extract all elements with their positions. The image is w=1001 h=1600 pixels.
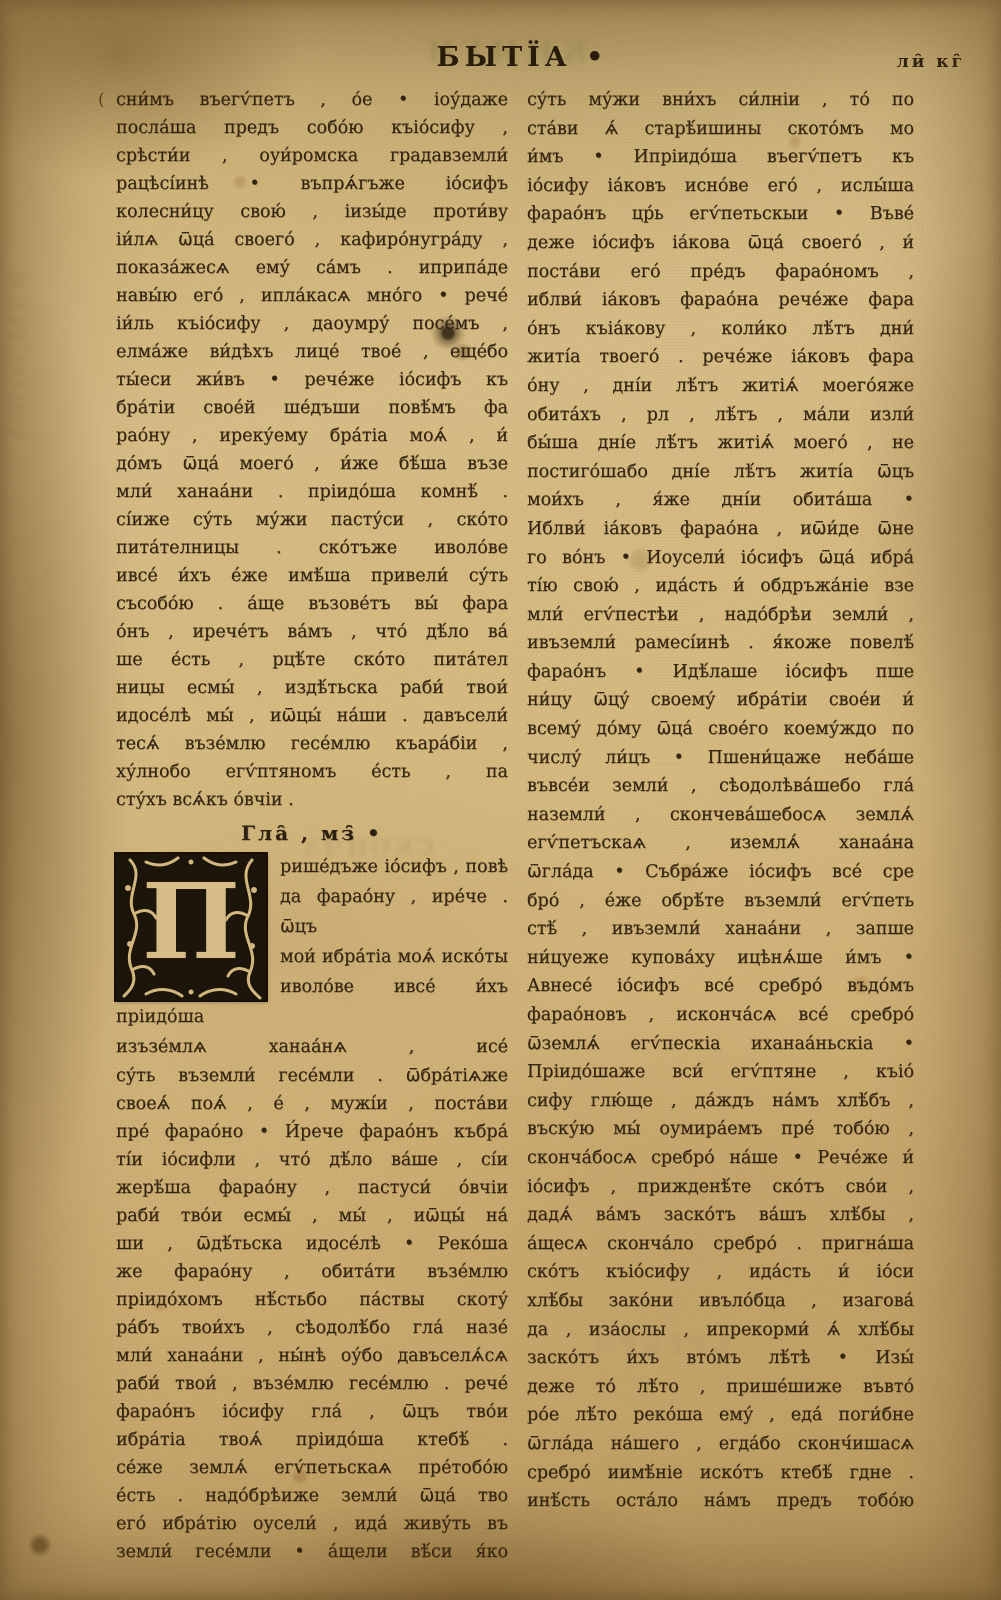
text-line: раби́ тво́и есмы́ , мы́ , иѿцы́ на́ <box>116 1202 508 1230</box>
text-line: всему́ до́му ѿца́ свое́го коему́ждо по <box>527 715 914 744</box>
text-line: фарао́нъ цр́ь егѵ́петьскыи • Въве́ <box>527 200 914 229</box>
text-line: житі́а твоего́ . рече́же іа́ковъ фара <box>527 343 914 372</box>
text-line: су́ть въземли́ гесе́мли . ѿбра́тіѧже <box>116 1062 508 1090</box>
text-line: а́щесѧ сконча́ло сребро́ . пригна́ша <box>527 1230 914 1259</box>
text-line: рао́ну , иреку́ему бра́тіа моѧ́ , и́ <box>116 422 508 450</box>
text-line: іо́сифъ , прижденѣ́те ско́тъ сво́и , <box>527 1173 914 1202</box>
text-line: елма́же ви́дѣхъ лице́ твое́ , еще́бо <box>116 338 508 366</box>
text-line: же фарао́ну , обита́ти възе́млю <box>116 1258 508 1286</box>
text-line: о́ну , дні́и лѣ́тъ житіѧ́ моего́яже <box>527 372 914 401</box>
text-line: стѣ́ , ивъземли́ ханаа́ни , запше <box>527 915 914 944</box>
text-line: поста́ви его́ пре́дъ фарао́номъ , <box>527 258 914 287</box>
column-right-body: су́ть му́жи вни́хъ си́лніи , то́ поста́в… <box>527 86 914 1516</box>
text-line: его́ ибра́тію оусели́ , ида́ живу́ть въ <box>116 1510 508 1538</box>
text-line: колесни́цу свою́ , іизы́де проти́ву <box>116 198 508 226</box>
folio-number: ли̑ кг̑ <box>897 52 965 72</box>
text-line: о́нъ къіа́кову , коли́ко лѣ́тъ дни́ <box>527 315 914 344</box>
text-line: ши , ѿдѣ́тьска идосе́лѣ • Реко́ша <box>116 1230 508 1258</box>
text-line: іи́лѧ ѿца́ своего́ , кафиро́нугра́ду , <box>116 226 508 254</box>
text-line: Авнесе́ іо́сифъ все́ сребро́ въдо́мъ <box>527 972 914 1001</box>
text-line: до́мъ ѿца́ моего́ , и́же бѣ́ша възе <box>116 450 508 478</box>
text-line: мли́ ханаа́ни . пріидо́ша комнѣ́ . <box>116 478 508 506</box>
text-line: постиго́шабо дні́е лѣ́тъ житі́а ѿцъ <box>527 458 914 487</box>
text-line: навы́ю его́ , ипла́касѧ мно́го • рече́ <box>116 282 508 310</box>
text-line: раби́ твои́ , възе́млю гесе́млю . рече́ <box>116 1370 508 1398</box>
text-line: земли́ гесе́мли • а́щели вѣ́си я́ко <box>116 1538 508 1566</box>
text-line: дадѧ́ ва́мъ заско́тъ ва́шъ хлѣ́бы , <box>527 1201 914 1230</box>
text-line: ни́цу ѿцу́ своему́ ибра́тіи свое́и и́ <box>527 686 914 715</box>
text-line: сребро́ иимѣ́ніе иско́тъ ктебѣ́ гдне . <box>527 1459 914 1488</box>
text-line: мои́хъ , я́же дні́и обита́ша • <box>527 486 914 515</box>
text-line: ті́и іо́сифли , что́ дѣ́ло ва́ше , сі́и <box>116 1146 508 1174</box>
text-line: деже то́ лѣ́то , прише́шиже въвто́ <box>527 1373 914 1402</box>
column-left-body: сни́мъ въегѵ́петъ , о́е • іоу́дажепосла́… <box>116 86 508 814</box>
text-line: рацѣсі́инѣ • въпрѧ́гъже іо́сифъ <box>116 170 508 198</box>
text-line: хлѣ́бы зако́ни ивъло́бца , изагова́ <box>527 1287 914 1316</box>
text-line: да , иза́ослы , ипрекорми́ ѧ́ хлѣ́бы <box>527 1316 914 1345</box>
text-line: ты́еси жи́въ • рече́же іо́сифъ къ <box>116 366 508 394</box>
text-line: срѣсти́и , оуи́ромска градавземли́ <box>116 142 508 170</box>
text-line: изъзе́млѧ ханаа́нѧ , исе́ <box>116 1032 508 1062</box>
text-line: пита́телницы . ско́тъже иволо́ве <box>116 534 508 562</box>
text-line: числу́ ли́цъ • Пшени́цаже неба́ше <box>527 744 914 773</box>
text-line: идосе́лѣ мы́ , иѿцы́ на́ши . давъсели́ <box>116 702 508 730</box>
text-line: въвсе́и земли́ , сѣодолѣва́шебо гла́ <box>527 772 914 801</box>
text-line: своеѧ́ поѧ́ , е́ , мужі́и , поста́ви <box>116 1090 508 1118</box>
book-page-scan: КНИГИ ИЗЫДОША СКОНЧА СРЕБРО БЫТЇА • ли̑ … <box>0 0 1001 1600</box>
text-line: сту́хъ всѧ́къ о́вчіи . <box>116 786 508 814</box>
text-line: мли́ егѵ́пестѣи , надо́брѣи земли́ , <box>527 601 914 630</box>
text-line: сі́иже су́ть му́жи пасту́си , ско́то <box>116 506 508 534</box>
text-line: ро́е лѣ́то реко́ша ему́ , еда́ поги́бне <box>527 1401 914 1430</box>
text-line: іи́ль къіо́сифу , даоумру́ посе́мъ , <box>116 310 508 338</box>
text-line: и́мъ • Ипріидо́ша въегѵ́петъ къ <box>527 143 914 172</box>
text-line: ра́бъ твои́хъ , сѣодолѣ́бо гла́ назе́ <box>116 1314 508 1342</box>
text-line: бы́ша дні́е лѣ́тъ житіѧ́ моего́ , не <box>527 429 914 458</box>
text-line: посла́ша предъ собо́ю къіо́сифу , <box>116 114 508 142</box>
text-line: инѣ́сть оста́ло на́мъ предъ тобо́ю <box>527 1487 914 1516</box>
text-line: ницы есмы́ , издѣ́тьска раби́ твои́ <box>116 674 508 702</box>
text-line: мли́ ханаа́ни , ны́нѣ оу́бо давъселѧ́сѧ <box>116 1342 508 1370</box>
text-line: обита́хъ , рл , лѣ́тъ , ма́ли изли́ <box>527 401 914 430</box>
text-line: егѵ́петъскаѧ , иземлѧ́ ханаа́на <box>527 829 914 858</box>
text-line: иблви́ іа́ковъ фарао́на рече́же фара <box>527 286 914 315</box>
text-line: го во́нъ • Иоусели́ іо́сифъ ѿца́ ибра́ <box>527 544 914 573</box>
text-line: іо́сифу іа́ковъ исно́ве его́ , ислы́ша <box>527 172 914 201</box>
chapter-opening: П рише́дъже іо́сифъ , повѣда фарао́ну , … <box>116 852 508 1062</box>
text-line: пріидо́хомъ нѣ́стьбо па́ствы скоту́ <box>116 1286 508 1314</box>
text-line: фарао́нъ іо́сифу гла́ , ѿцъ тво́и <box>116 1398 508 1426</box>
text-line: сни́мъ въегѵ́петъ , о́е • іоу́даже <box>116 86 508 114</box>
text-line: Иблви́ іа́ковъ фарао́на , иѿи́де ѿне <box>527 515 914 544</box>
text-line: ста́ви ѧ́ старѣ́ишины ското́мъ мо <box>527 115 914 144</box>
text-line: ху́лнобо егѵ́птяномъ е́сть , па <box>116 758 508 786</box>
text-line: ско́тъ къіо́сифу , ида́сть и́ іо́си <box>527 1258 914 1287</box>
text-line: ивсе́ и́хъ е́же имѣ́ша привели́ су́ть <box>116 562 508 590</box>
text-line: фарао́новъ , исконча́сѧ все́ сребро́ <box>527 1001 914 1030</box>
text-line: ѿгла́да • Събра́же іо́сифъ все́ сре <box>527 858 914 887</box>
column-left-continued: су́ть въземли́ гесе́мли . ѿбра́тіѧжесвое… <box>116 1062 508 1566</box>
text-line: е́сть . надо́брѣиже земли́ ѿца́ тво <box>116 1482 508 1510</box>
text-line: се́же землѧ́ егѵ́петьскаѧ пре́тобо́ю <box>116 1454 508 1482</box>
text-line: ше е́сть , рцѣ́те ско́то пита́тел <box>116 646 508 674</box>
chapter-heading: Гла̑ , мз̑ • <box>116 814 508 852</box>
running-title: БЫТЇА • <box>0 42 1001 73</box>
text-line: жерѣ́ша фарао́ну , пастуси́ о́вчіи <box>116 1174 508 1202</box>
woodcut-initial-block: П <box>116 854 266 1000</box>
margin-mark: ( <box>98 90 105 110</box>
text-line: фарао́нъ • Идѣ́лаше іо́сифъ пше <box>527 658 914 687</box>
text-line: тесѧ́ възе́млю гесе́млю къара́біи , <box>116 730 508 758</box>
text-line: ѿземлѧ́ егѵ́пескіа иханаа́ньскіа • <box>527 1030 914 1059</box>
text-line: заско́тъ и́хъ вто́мъ лѣ́тѣ • Изы́ <box>527 1344 914 1373</box>
text-line: су́ть му́жи вни́хъ си́лніи , то́ по <box>527 86 914 115</box>
text-line: ибра́тіа твоѧ́ пріидо́ша ктебѣ́ . <box>116 1426 508 1454</box>
text-line: наземли́ , скончева́шебосѧ землѧ́ <box>527 801 914 830</box>
text-line: Пріидо́шаже вси́ егѵ́птяне , къіо́ <box>527 1058 914 1087</box>
text-line: деже іо́сифъ іа́кова ѿца́ своего́ , и́ <box>527 229 914 258</box>
text-line: ті́ю свою́ , ида́сть и́ обдръжа́ніе взе <box>527 572 914 601</box>
text-line: о́нъ , ирече́тъ ва́мъ , что́ дѣ́ло ва́ <box>116 618 508 646</box>
text-line: бра́тіи свое́й ше́дъши повѣ́мъ фа <box>116 394 508 422</box>
text-line: сконча́босѧ сребро́ на́ше • Рече́же и́ <box>527 1144 914 1173</box>
text-line: съсобо́ю . а́ще възове́тъ вы́ фара <box>116 590 508 618</box>
text-line: въску́ю мы́ оумира́емъ пре́ тобо́ю , <box>527 1115 914 1144</box>
text-line: показа́жесѧ ему́ са́мъ . иприпа́де <box>116 254 508 282</box>
text-line: пре́ фарао́но • И́рече фарао́нъ къбра́ <box>116 1118 508 1146</box>
text-line: ивъземли́ рамесі́инѣ . я́коже повелѣ́ <box>527 629 914 658</box>
text-column-right: су́ть му́жи вни́хъ си́лніи , то́ поста́в… <box>527 86 914 1516</box>
text-line: сифу глю́ще , да́ждъ на́мъ хлѣ́бъ , <box>527 1087 914 1116</box>
text-line: ни́цуеже купова́ху ицѣнѧ́ше и́мъ • <box>527 944 914 973</box>
text-column-left: сни́мъ въегѵ́петъ , о́е • іоу́дажепосла́… <box>116 86 508 1566</box>
text-line: ѿгла́да на́шего , егда́бо сконч́ишасѧ <box>527 1430 914 1459</box>
text-line: бро́ , е́же обрѣ́те въземли́ егѵ́петь <box>527 887 914 916</box>
drop-cap-letter: П <box>142 870 240 974</box>
bleedthrough-margin-text: ИЗЫДОША <box>6 270 32 446</box>
